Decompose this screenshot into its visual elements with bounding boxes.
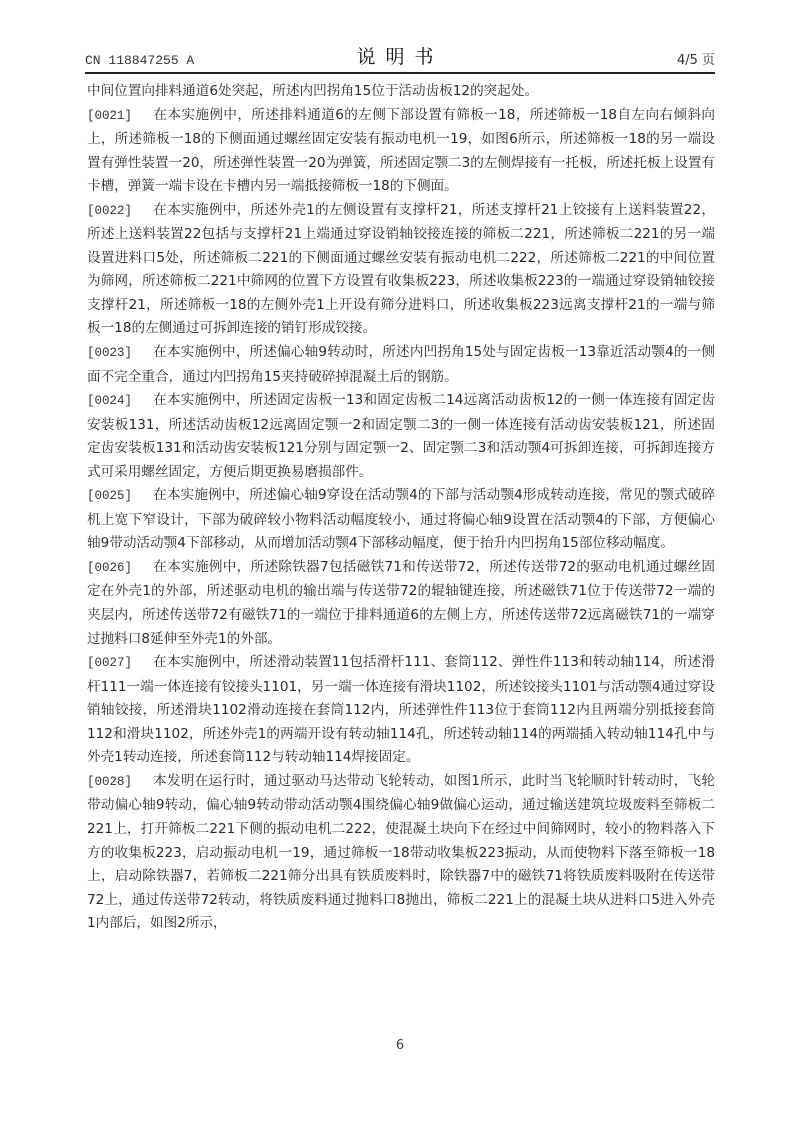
paragraph-number: [0022] xyxy=(87,200,153,224)
continuation-text: 中间位置向排料通道6处突起，所述内凹拐角15位于活动齿板12的突起处。 xyxy=(87,80,715,104)
paragraph-text: 在本实施例中，所述除铁器7包括磁铁71和传送带72，所述传送带72的驱动电机通过… xyxy=(87,559,715,647)
page-indicator: 4/5 页 xyxy=(677,49,715,68)
paragraph-0026: [0026]在本实施例中，所述除铁器7包括磁铁71和传送带72，所述传送带72的… xyxy=(87,556,715,651)
document-title: 说明书 xyxy=(85,42,715,69)
paragraph-0023: [0023]在本实施例中，所述偏心轴9转动时，所述内凹拐角15处与固定齿板一13… xyxy=(87,341,715,389)
paragraph-text: 在本实施例中，所述偏心轴9穿设在活动颚4的下部与活动颚4形成转动连接，常见的颚式… xyxy=(87,487,715,551)
paragraph-0025: [0025]在本实施例中，所述偏心轴9穿设在活动颚4的下部与活动颚4形成转动连接… xyxy=(87,484,715,556)
paragraph-text: 在本实施例中，所述偏心轴9转动时，所述内凹拐角15处与固定齿板一13靠近活动颚4… xyxy=(87,344,715,385)
paragraph-number: [0021] xyxy=(87,105,153,129)
paragraph-number: [0024] xyxy=(87,390,153,414)
document-body: 中间位置向排料通道6处突起，所述内凹拐角15位于活动齿板12的突起处。 [002… xyxy=(87,80,715,936)
page-number: 6 xyxy=(0,1038,800,1053)
paragraph-0024: [0024]在本实施例中，所述固定齿板一13和固定齿板二14远离活动齿板12的一… xyxy=(87,389,715,484)
paragraph-text: 在本实施例中，所述固定齿板一13和固定齿板二14远离活动齿板12的一侧一体连接有… xyxy=(87,392,715,480)
paragraph-text: 在本实施例中，所述滑动装置11包括滑杆111、套筒112、弹性件113和转动轴1… xyxy=(87,654,715,765)
paragraph-0021: [0021]在本实施例中，所述排料通道6的左侧下部设置有筛板一18，所述筛板一1… xyxy=(87,104,715,199)
paragraph-number: [0023] xyxy=(87,342,153,366)
paragraph-number: [0028] xyxy=(87,771,153,795)
paragraph-number: [0027] xyxy=(87,652,153,676)
paragraph-0027: [0027]在本实施例中，所述滑动装置11包括滑杆111、套筒112、弹性件11… xyxy=(87,651,715,770)
paragraph-text: 在本实施例中，所述排料通道6的左侧下部设置有筛板一18，所述筛板一18自左向右倾… xyxy=(87,107,715,195)
paragraph-0022: [0022]在本实施例中，所述外壳1的左侧设置有支撑杆21，所述支撑杆21上铰接… xyxy=(87,199,715,341)
page-header: CN 118847255 A 说明书 4/5 页 xyxy=(85,40,715,74)
paragraph-number: [0025] xyxy=(87,485,153,509)
paragraph-text: 在本实施例中，所述外壳1的左侧设置有支撑杆21，所述支撑杆21上铰接有上送料装置… xyxy=(87,202,715,337)
paragraph-number: [0026] xyxy=(87,557,153,581)
paragraph-text: 本发明在运行时，通过驱动马达带动飞轮转动，如图1所示，此时当飞轮顺时针转动时，飞… xyxy=(87,773,715,931)
paragraph-0028: [0028]本发明在运行时，通过驱动马达带动飞轮转动，如图1所示，此时当飞轮顺时… xyxy=(87,770,715,936)
